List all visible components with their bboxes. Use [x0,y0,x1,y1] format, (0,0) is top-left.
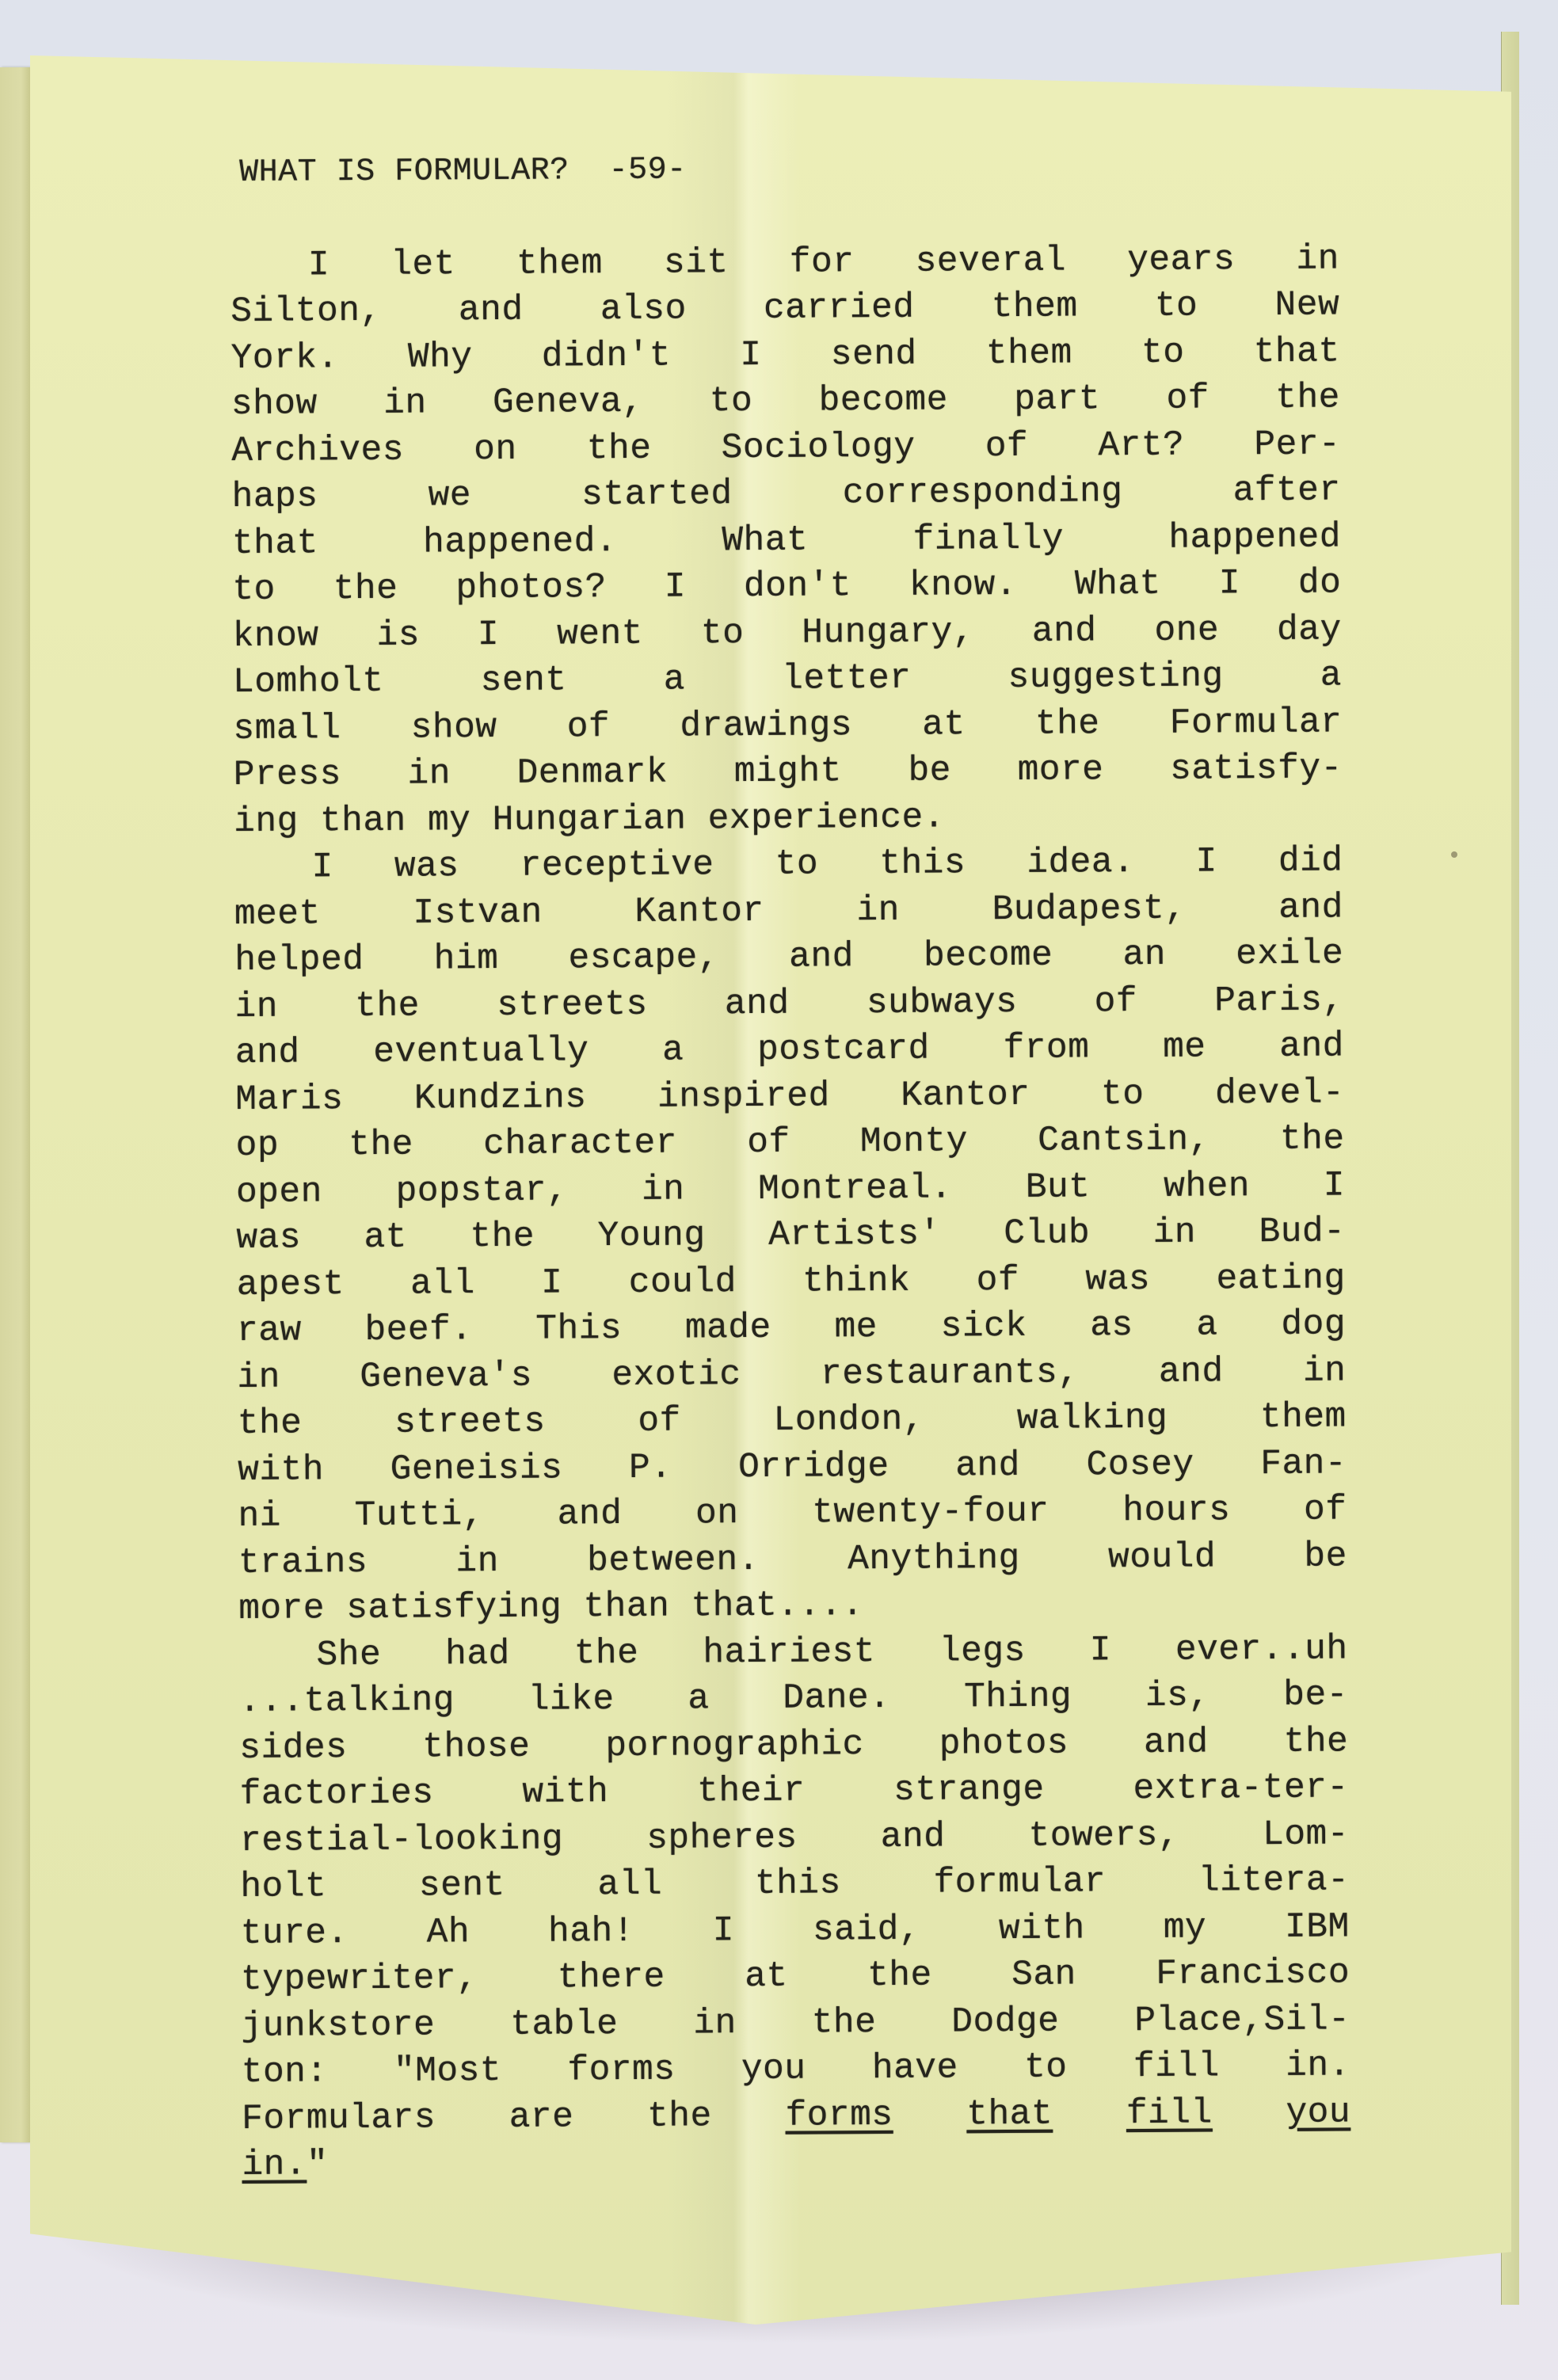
text-line: apest all I could think of was eating [237,1255,1346,1308]
text-line: Maris Kundzins inspired Kantor to devel- [235,1070,1344,1123]
underlined-word: forms [785,2095,893,2135]
underlined-word: in. [242,2145,307,2184]
text-line: to the photos? I don't know. What I do [232,560,1341,613]
text-line: open popstar, in Montreal. But when I [236,1163,1345,1216]
running-title: WHAT IS FORMULAR? [239,148,569,196]
text-line: holt sent all this formular litera- [240,1857,1349,1910]
page-header: WHAT IS FORMULAR? -59- [239,143,1339,196]
text-line: factories with their strange extra-ter- [240,1765,1349,1818]
text-line: ing than my Hungarian experience. [234,792,1343,845]
page-number: -59- [609,147,687,194]
text-line: know is I went to Hungary, and one day [233,607,1342,660]
adjacent-page-edge [0,67,30,2142]
text-line: was at the Young Artists' Club in Bud- [236,1209,1345,1262]
text-line: junkstore table in the Dodge Place,Sil- [241,1997,1350,2050]
text-line: the streets of London, walking them [238,1394,1347,1447]
text-line: Lomholt sent a letter suggesting a [233,653,1342,706]
text-line: Silton, and also carried them to New [230,282,1339,335]
text-line: and eventually a postcard from me and [235,1023,1344,1076]
text-line: meet Istvan Kantor in Budapest, and [234,885,1343,938]
underlined-word: you [1286,2092,1350,2132]
text-line: raw beef. This made me sick as a dog [237,1301,1346,1354]
text-line: trains in between. Anything would be [238,1533,1347,1586]
typewritten-text: WHAT IS FORMULAR? -59- I let them sit fo… [230,143,1351,2188]
text-line: ...talking like a Dane. Thing is, be- [239,1672,1348,1725]
paragraph-2: I was receptive to this idea. I didmeet … [234,838,1347,1632]
text-line: Press in Denmark might be more satisfy- [234,745,1343,798]
paper-speck [1451,851,1457,858]
underlined-word: fill [1126,2093,1213,2134]
text-line: in Geneva's exotic restaurants, and in [237,1348,1346,1401]
text-line: small show of drawings at the Formular [233,699,1342,752]
closing-line-end: in." [242,2135,1350,2188]
paragraph-3: She had the hairiest legs I ever..uh...t… [238,1626,1350,2189]
paragraph-1: I let them sit for several years inSilto… [230,236,1343,845]
closing-line: Formulars are the forms that fill you [242,2089,1350,2142]
text-line: I was receptive to this idea. I did [234,838,1343,891]
closing-line-prefix: Formulars are the [242,2096,786,2138]
text-line: ture. Ah hah! I said, with my IBM [241,1904,1350,1957]
text-line: haps we started corresponding after [231,467,1340,520]
text-line: more satisfying than that.... [238,1579,1347,1632]
text-line: typewriter, there at the San Francisco [241,1950,1350,2003]
text-line: helped him escape, and become an exile [234,931,1343,984]
text-line: restial-looking spheres and towers, Lom- [240,1811,1349,1864]
text-line: show in Geneva, to become part of the [231,375,1340,428]
text-line: in the streets and subways of Paris, [234,977,1343,1030]
text-line: op the character of Monty Cantsin, the [236,1116,1345,1169]
text-line: She had the hairiest legs I ever..uh [238,1626,1347,1679]
text-line: I let them sit for several years in [230,236,1339,289]
underlined-word: that [966,2094,1053,2134]
text-line: Archives on the Sociology of Art? Per- [231,421,1340,474]
text-line: ton: "Most forms you have to fill in. [242,2043,1350,2096]
text-line: with Geneisis P. Orridge and Cosey Fan- [238,1441,1347,1494]
paragraph-3-lines: She had the hairiest legs I ever..uh...t… [238,1626,1350,2096]
closing-quote: " [307,2145,329,2184]
text-line: York. Why didn't I send them to that [230,329,1339,382]
text-line: ni Tutti, and on twenty-four hours of [238,1487,1347,1540]
text-line: that happened. What finally happened [232,514,1341,567]
text-line: sides those pornographic photos and the [239,1719,1348,1772]
